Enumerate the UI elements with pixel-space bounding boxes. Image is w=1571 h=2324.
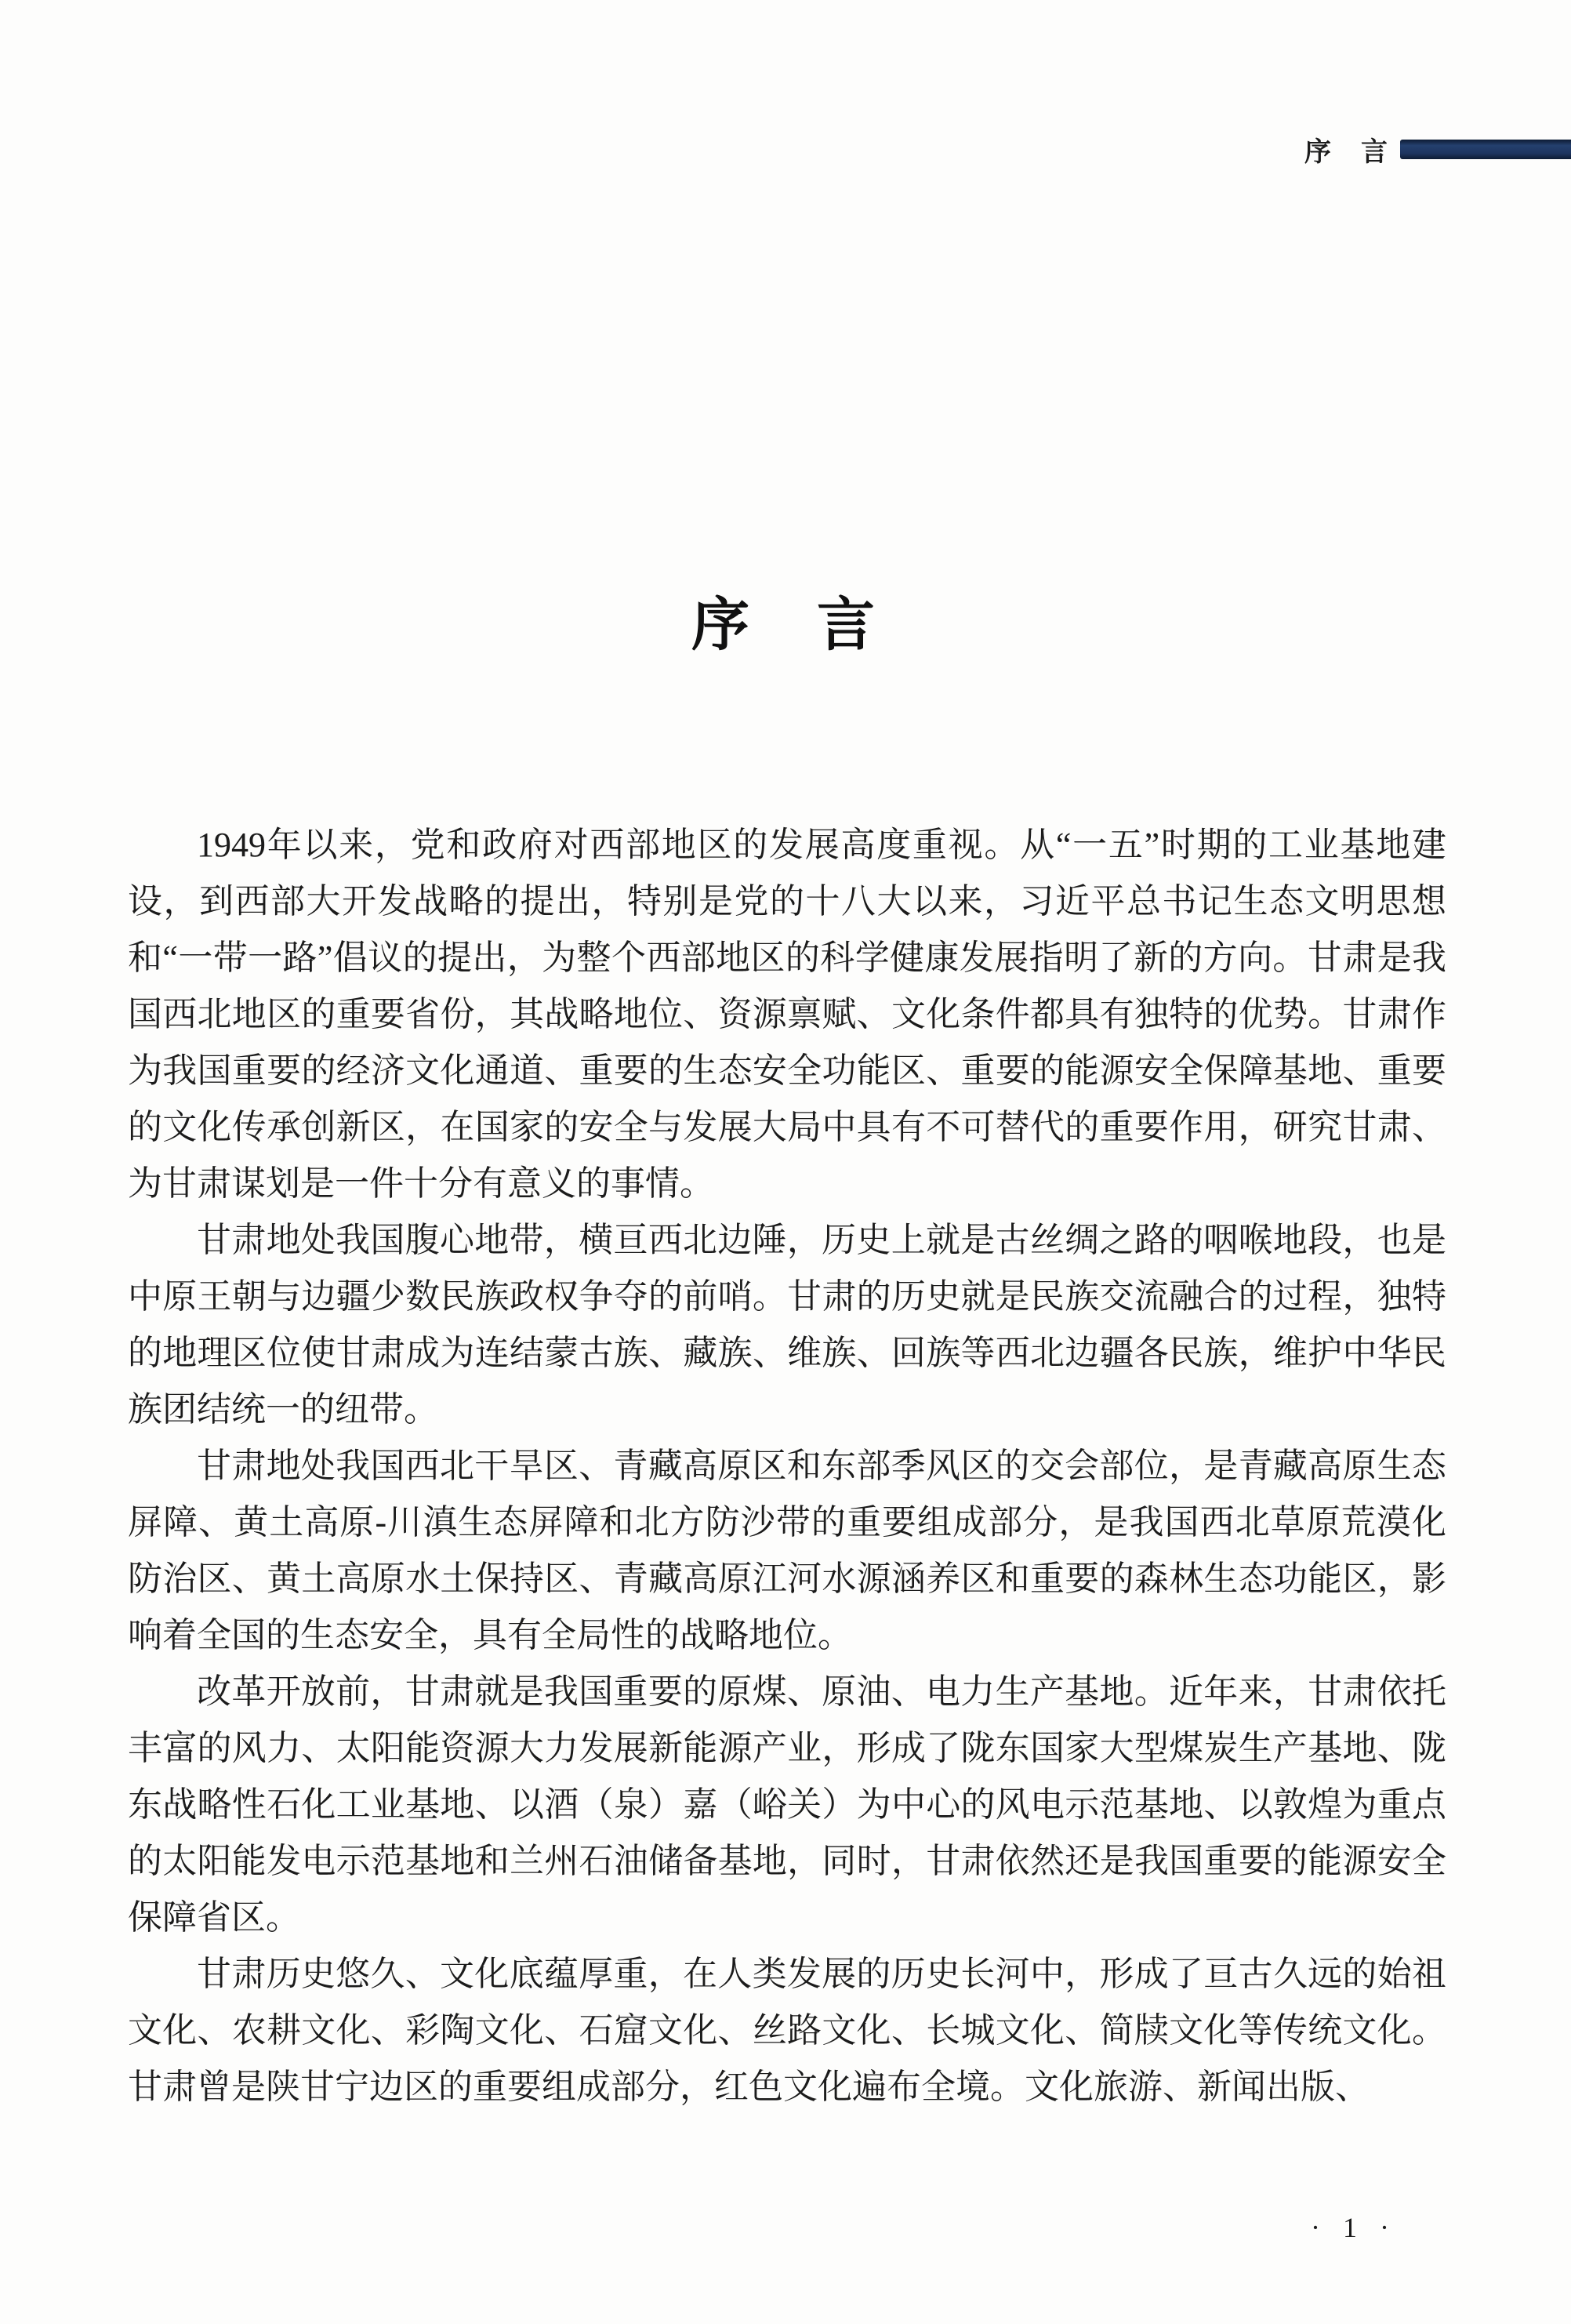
paragraph-4: 改革开放前，甘肃就是我国重要的原煤、原油、电力生产基地。近年来，甘肃依托丰富的风… bbox=[128, 1664, 1446, 1946]
paragraph-3: 甘肃地处我国西北干旱区、青藏高原区和东部季风区的交会部位，是青藏高原生态屏障、黄… bbox=[128, 1438, 1446, 1664]
running-header-title: 序 言 bbox=[1304, 130, 1389, 169]
preface-body: 1949年以来，党和政府对西部地区的发展高度重视。从“一五”时期的工业基地建设，… bbox=[128, 817, 1446, 2115]
header-bar-decoration bbox=[1400, 140, 1571, 159]
paragraph-2: 甘肃地处我国腹心地带，横亘西北边陲，历史上就是古丝绸之路的咽喉地段，也是中原王朝… bbox=[128, 1212, 1446, 1438]
running-header: 序 言 bbox=[1304, 132, 1571, 166]
book-page: 序 言 序 言 1949年以来，党和政府对西部地区的发展高度重视。从“一五”时期… bbox=[0, 0, 1571, 2324]
page-number: · 1 · bbox=[1311, 2212, 1397, 2243]
paragraph-1: 1949年以来，党和政府对西部地区的发展高度重视。从“一五”时期的工业基地建设，… bbox=[128, 817, 1446, 1212]
page-footer: · 1 · bbox=[1251, 2178, 1397, 2277]
paragraph-5: 甘肃历史悠久、文化底蕴厚重，在人类发展的历史长河中，形成了亘古久远的始祖文化、农… bbox=[128, 1946, 1446, 2115]
page-title: 序 言 bbox=[0, 579, 1571, 662]
